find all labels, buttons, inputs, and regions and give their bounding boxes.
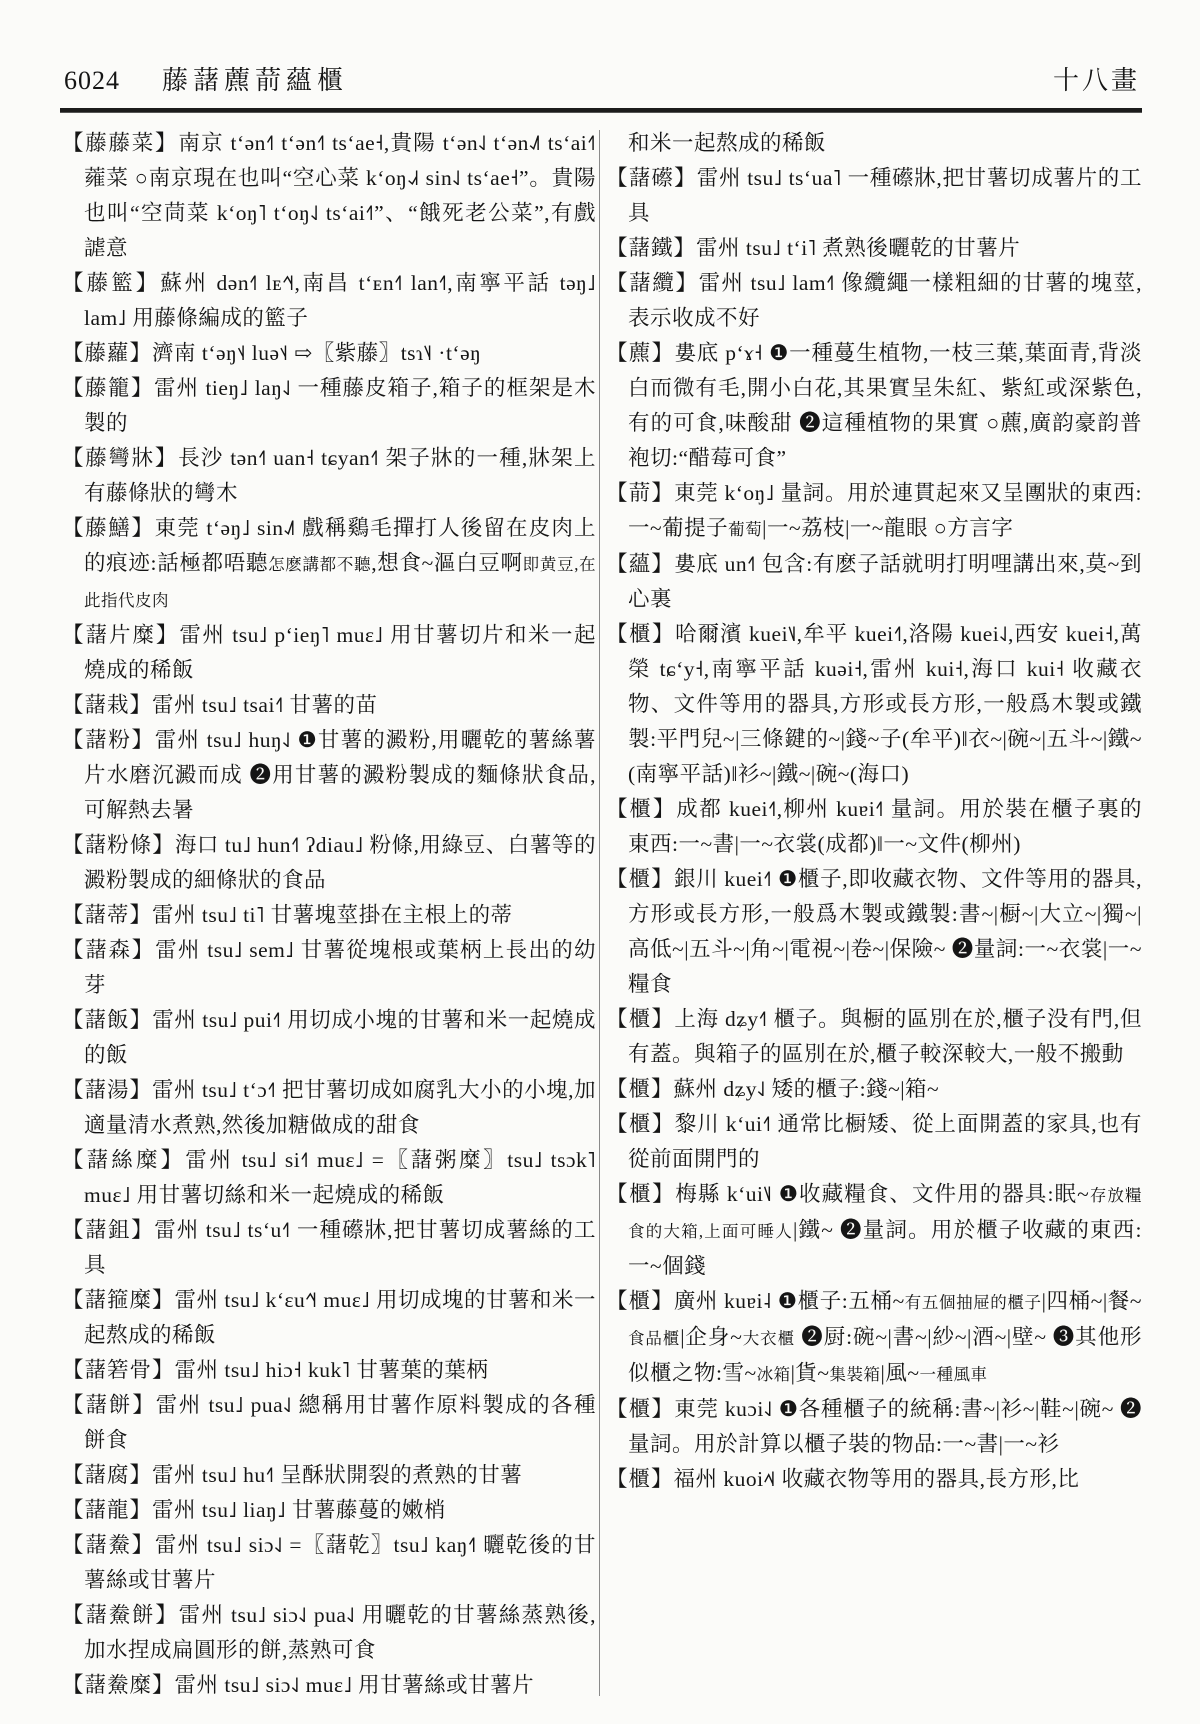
dict-entry: 【藷片糜】雷州 tsu˩ pʻieŋ˥ muɛ˩ 用甘薯切片和米一起燒成的稀飯 xyxy=(62,618,596,688)
entry-headword: 【藷箬骨】 xyxy=(62,1358,175,1382)
entry-text: 蘇州 dʑy˨˩ 矮的櫃子:錢~|箱~ xyxy=(674,1077,940,1101)
dict-entry: 和米一起熬成的稀飯 xyxy=(606,126,1142,161)
header-rule xyxy=(60,108,1142,113)
dict-entry: 【櫃】蘇州 dʑy˨˩ 矮的櫃子:錢~|箱~ xyxy=(606,1072,1142,1107)
entry-text: 雷州 tsu˩ liaŋ˩ 甘薯藤蔓的嫩梢 xyxy=(152,1498,446,1522)
entry-text: |風~ xyxy=(881,1361,920,1385)
entry-text: 雷州 tsu˩ ti˥ 甘薯塊莖掛在主根上的蒂 xyxy=(152,903,513,927)
dict-entry: 【藷栽】雷州 tsu˩ tsai˧˥ 甘薯的苗 xyxy=(62,688,596,723)
entry-headword: 【藷鮝餅】 xyxy=(62,1603,179,1627)
entry-text: 黎川 kʻui˧˥ 通常比橱矮、從上面開蓋的家具,也有從前面開門的 xyxy=(628,1112,1142,1171)
dict-entry: 【藷纜】雷州 tsu˩ lam˧˥ 像纜繩一樣粗細的甘薯的塊莖,表示收成不好 xyxy=(606,266,1142,336)
entry-headword: 【藷龍】 xyxy=(62,1498,152,1522)
entry-headword: 【藷絲糜】 xyxy=(62,1148,185,1172)
entry-headword: 【藷片糜】 xyxy=(62,623,179,647)
dict-entry: 【櫃】福州 kuoi˨˦˨ 收藏衣物等用的器具,長方形,比 xyxy=(606,1462,1142,1497)
entry-headword: 【櫃】 xyxy=(606,622,675,646)
left-column: 【藤藤菜】南京 tʻən˧˥ tʻən˧˥ tsʻae˧,貴陽 tʻən˨˩ t… xyxy=(62,126,596,1702)
dict-entry: 【櫃】梅縣 kʻui˥˩ ❶收藏糧食、文件用的器具:眠~存放糧食的大箱,上面可睡… xyxy=(606,1177,1142,1284)
entry-text: 東莞 kuɔi˨˩ ❶各種櫃子的統稱:書~|衫~|鞋~|碗~ ❷量詞。用於計算以… xyxy=(628,1397,1142,1456)
annotation-small-text: 集裝箱 xyxy=(830,1365,881,1384)
dict-entry: 【藷箬骨】雷州 tsu˩ hiɔ˧ kuk˥ 甘薯葉的葉柄 xyxy=(62,1353,596,1388)
entry-headword: 【藤籃】 xyxy=(62,271,160,295)
entry-headword: 【藷腐】 xyxy=(62,1463,152,1487)
entry-headword: 【藷栽】 xyxy=(62,693,152,717)
dict-entry: 【藷箍糜】雷州 tsu˩ kʻɛu˧˥˧ muɛ˩ 用切成塊的甘薯和米一起熬成的… xyxy=(62,1283,596,1353)
entry-headword: 【蘊】 xyxy=(606,552,674,576)
dict-entry: 【櫃】銀川 kuei˧˥ ❶櫃子,即收藏衣物、文件等用的器具,方形或長方形,一般… xyxy=(606,862,1142,1002)
dict-entry: 【櫃】廣州 kuɐi˨ ❶櫃子:五桶~有五個抽屉的櫃子|四桶~|餐~食品櫃|企身… xyxy=(606,1284,1142,1392)
entry-text: |企身~ xyxy=(680,1325,742,1349)
entry-headword: 【藤蘿】 xyxy=(62,341,152,365)
entry-headword: 【藤籠】 xyxy=(62,376,154,400)
entry-headword: 【藷鉏】 xyxy=(62,1218,154,1242)
entry-text: 雷州 tsu˩ tʻɔ˧˥ 把甘薯切成如腐乳大小的小塊,加適量清水煮熟,然後加糖… xyxy=(84,1078,596,1137)
entry-headword: 【櫃】 xyxy=(606,1007,674,1031)
entry-headword: 【櫃】 xyxy=(606,1077,674,1101)
dict-entry: 【藤蘿】濟南 tʻəŋ˦˨ luə˦˨ ⇨〖紫藤〗tsɿ˥˨ ·tʻəŋ xyxy=(62,336,596,371)
entry-headword: 【藷森】 xyxy=(62,938,155,962)
entry-text: 雷州 tsu˩ hiɔ˧ kuk˥ 甘薯葉的葉柄 xyxy=(175,1358,489,1382)
dict-entry: 【藷蒂】雷州 tsu˩ ti˥ 甘薯塊莖掛在主根上的蒂 xyxy=(62,898,596,933)
entry-text: 雷州 tsu˩ pua˨˩ 總稱用甘薯作原料製成的各種餅食 xyxy=(84,1393,596,1452)
header-guide-characters: 藤藷藨葥蘊櫃 xyxy=(162,60,348,97)
entry-headword: 【藷蒂】 xyxy=(62,903,152,927)
annotation-small-text: 葡萄 xyxy=(728,520,762,539)
entry-text: 雷州 tsu˩ tsai˧˥ 甘薯的苗 xyxy=(152,693,378,717)
dict-entry: 【藷絲糜】雷州 tsu˩ si˧˥ muɛ˩ =〖藷粥糜〗tsu˩ tsɔk˥ … xyxy=(62,1143,596,1213)
entry-text: ,想食~漚白豆啊 xyxy=(371,551,522,575)
dict-entry: 【藷粉條】海口 tu˩ hun˧˥ ʔdiau˩ 粉條,用綠豆、白薯等的澱粉製成… xyxy=(62,828,596,898)
entry-text: 雷州 tsu˩ siɔ˨˩ muɛ˩ 用甘薯絲或甘薯片 xyxy=(175,1673,535,1697)
entry-text: |四桶~|餐~ xyxy=(1042,1289,1142,1313)
entry-text: 雷州 tsu˩ tsʻua˥ 一種礤牀,把甘薯切成薯片的工具 xyxy=(628,166,1142,225)
entry-headword: 【藷鮝】 xyxy=(62,1533,155,1557)
entry-text: 和米一起熬成的稀飯 xyxy=(628,131,826,155)
dict-entry: 【藷鮝糜】雷州 tsu˩ siɔ˨˩ muɛ˩ 用甘薯絲或甘薯片 xyxy=(62,1668,596,1702)
entry-headword: 【藤鱔】 xyxy=(62,516,155,540)
entry-headword: 【葥】 xyxy=(606,481,674,505)
annotation-small-text: 一種風車 xyxy=(919,1365,987,1384)
entry-headword: 【藷鮝糜】 xyxy=(62,1673,175,1697)
dict-entry: 【櫃】東莞 kuɔi˨˩ ❶各種櫃子的統稱:書~|衫~|鞋~|碗~ ❷量詞。用於… xyxy=(606,1392,1142,1462)
dict-entry: 【藷鐵】雷州 tsu˩ tʻi˥ 煮熟後曬乾的甘薯片 xyxy=(606,231,1142,266)
dict-entry: 【櫃】哈爾濱 kuei˥˩,牟平 kuei˧˥,洛陽 kuei˨˩,西安 kue… xyxy=(606,617,1142,792)
annotation-small-text: 食品櫃 xyxy=(628,1329,680,1348)
dict-entry: 【藷鮝】雷州 tsu˩ siɔ˨˩ =〖藷乾〗tsu˩ kaŋ˧˥ 曬乾後的甘薯… xyxy=(62,1528,596,1598)
stroke-section-label: 十八畫 xyxy=(1053,60,1140,97)
entry-headword: 【櫃】 xyxy=(606,1112,675,1136)
entry-headword: 【藷湯】 xyxy=(62,1078,152,1102)
dict-entry: 【藷鮝餅】雷州 tsu˩ siɔ˨˩ pua˨˩ 用曬乾的甘薯絲蒸熟後,加水捏成… xyxy=(62,1598,596,1668)
entry-text: |一~荔枝|一~龍眼 ○方言字 xyxy=(762,516,1013,540)
entry-text: 雷州 tsu˩ lam˧˥ 像纜繩一樣粗細的甘薯的塊莖,表示收成不好 xyxy=(628,271,1142,330)
entry-text: 福州 kuoi˨˦˨ 收藏衣物等用的器具,長方形,比 xyxy=(674,1467,1080,1491)
dict-entry: 【葥】東莞 kʻoŋ˩ 量詞。用於連貫起來又呈團狀的東西:一~葡提子葡萄|一~荔… xyxy=(606,476,1142,547)
entry-text: 雷州 tsu˩ pui˧˥ 用切成小塊的甘薯和米一起燒成的飯 xyxy=(84,1008,596,1067)
dictionary-body: 【藤藤菜】南京 tʻən˧˥ tʻən˧˥ tsʻae˧,貴陽 tʻən˨˩ t… xyxy=(62,126,1142,1702)
entry-headword: 【藷粉】 xyxy=(62,728,155,752)
entry-headword: 【櫃】 xyxy=(606,1182,675,1206)
entry-headword: 【櫃】 xyxy=(606,1397,674,1421)
dict-entry: 【藤籠】雷州 tieŋ˩ laŋ˨˩ 一種藤皮箱子,箱子的框架是木製的 xyxy=(62,371,596,441)
entry-headword: 【藤藤菜】 xyxy=(62,131,178,155)
entry-headword: 【藷礤】 xyxy=(606,166,697,190)
dict-entry: 【藷鉏】雷州 tsu˩ tsʻu˧˥ 一種礤牀,把甘薯切成薯絲的工具 xyxy=(62,1213,596,1283)
entry-text: 雷州 tsu˩ huŋ˨˩ ❶甘薯的澱粉,用曬乾的薯絲薯片水磨沉澱而成 ❷用甘薯… xyxy=(84,728,596,822)
entry-text: 銀川 kuei˧˥ ❶櫃子,即收藏衣物、文件等用的器具,方形或長方形,一般爲木製… xyxy=(628,867,1142,996)
entry-text: 雷州 tsu˩ sem˩ 甘薯從塊根或葉柄上長出的幼芽 xyxy=(84,938,596,997)
entry-text: 雷州 tieŋ˩ laŋ˨˩ 一種藤皮箱子,箱子的框架是木製的 xyxy=(84,376,596,435)
annotation-small-text: 怎麽講都不聽 xyxy=(268,555,371,574)
column-divider xyxy=(599,130,600,1696)
dict-entry: 【櫃】上海 dʑy˧˥ 櫃子。與橱的區別在於,櫃子没有門,但有蓋。與箱子的區別在… xyxy=(606,1002,1142,1072)
annotation-small-text: 冰箱 xyxy=(757,1365,791,1384)
annotation-small-text: 大衣櫃 xyxy=(742,1329,795,1348)
entry-headword: 【藷飯】 xyxy=(62,1008,152,1032)
dict-entry: 【藷餅】雷州 tsu˩ pua˨˩ 總稱用甘薯作原料製成的各種餅食 xyxy=(62,1388,596,1458)
dict-entry: 【藷礤】雷州 tsu˩ tsʻua˥ 一種礤牀,把甘薯切成薯片的工具 xyxy=(606,161,1142,231)
entry-text: 哈爾濱 kuei˥˩,牟平 kuei˧˥,洛陽 kuei˨˩,西安 kuei˧,… xyxy=(628,622,1142,786)
entry-text: 雷州 tsu˩ siɔ˨˩ =〖藷乾〗tsu˩ kaŋ˧˥ 曬乾後的甘薯絲或甘薯… xyxy=(84,1533,596,1592)
entry-text: 雷州 tsu˩ hu˧˥ 呈酥狀開裂的煮熟的甘薯 xyxy=(152,1463,522,1487)
entry-text: 濟南 tʻəŋ˦˨ luə˦˨ ⇨〖紫藤〗tsɿ˥˨ ·tʻəŋ xyxy=(152,341,481,365)
entry-headword: 【藤彎牀】 xyxy=(62,446,178,470)
dict-entry: 【蘊】婁底 un˧˥ 包含:有麽子話就明打明哩講出來,莫~到心裏 xyxy=(606,547,1142,617)
entry-headword: 【藷纜】 xyxy=(606,271,699,295)
entry-headword: 【櫃】 xyxy=(606,1289,674,1313)
entry-headword: 【藷粉條】 xyxy=(62,833,175,857)
entry-headword: 【櫃】 xyxy=(606,797,676,821)
dict-entry: 【藷湯】雷州 tsu˩ tʻɔ˧˥ 把甘薯切成如腐乳大小的小塊,加適量清水煮熟,… xyxy=(62,1073,596,1143)
dict-entry: 【藷飯】雷州 tsu˩ pui˧˥ 用切成小塊的甘薯和米一起燒成的飯 xyxy=(62,1003,596,1073)
dict-entry: 【藤彎牀】長沙 tən˧˥ uan˧ tɕyan˧˥ 架子牀的一種,牀架上有藤條… xyxy=(62,441,596,511)
dict-entry: 【藤籃】蘇州 dən˧˥ lᴇ˧˥˧,南昌 tʻᴇn˧˥ lan˧˥,南寧平話 … xyxy=(62,266,596,336)
dict-entry: 【櫃】成都 kuei˧˥,柳州 kuɐi˧˥ 量詞。用於裝在櫃子裏的東西:一~書… xyxy=(606,792,1142,862)
entry-text: 梅縣 kʻui˥˩ ❶收藏糧食、文件用的器具:眠~ xyxy=(675,1182,1089,1206)
dict-entry: 【藷森】雷州 tsu˩ sem˩ 甘薯從塊根或葉柄上長出的幼芽 xyxy=(62,933,596,1003)
dict-entry: 【藤鱔】東莞 tʻəŋ˩ sin˨˩˥ 戲稱鷄毛撣打人後留在皮肉上的痕迹:話極都… xyxy=(62,511,596,618)
entry-headword: 【櫃】 xyxy=(606,867,674,891)
entry-text: 婁底 pʻɤ˧ ❶一種蔓生植物,一枝三葉,葉面青,背淡白而微有毛,開小白花,其果… xyxy=(628,341,1142,470)
entry-headword: 【櫃】 xyxy=(606,1467,674,1491)
entry-text: 廣州 kuɐi˨ ❶櫃子:五桶~ xyxy=(674,1289,905,1313)
right-column: 和米一起熬成的稀飯【藷礤】雷州 tsu˩ tsʻua˥ 一種礤牀,把甘薯切成薯片… xyxy=(606,126,1142,1702)
entry-headword: 【藷餅】 xyxy=(62,1393,156,1417)
annotation-small-text: 有五個抽屉的櫃子 xyxy=(905,1293,1042,1312)
entry-text: 蘇州 dən˧˥ lᴇ˧˥˧,南昌 tʻᴇn˧˥ lan˧˥,南寧平話 təŋ˩… xyxy=(84,271,596,330)
dict-entry: 【藷腐】雷州 tsu˩ hu˧˥ 呈酥狀開裂的煮熟的甘薯 xyxy=(62,1458,596,1493)
entry-text: |貨~ xyxy=(791,1361,830,1385)
page-header: 6024 藤藷藨葥蘊櫃 十八畫 xyxy=(64,60,1140,100)
entry-headword: 【藨】 xyxy=(606,341,674,365)
entry-headword: 【藷鐵】 xyxy=(606,236,696,260)
entry-text: 婁底 un˧˥ 包含:有麽子話就明打明哩講出來,莫~到心裏 xyxy=(628,552,1142,611)
dict-entry: 【藷粉】雷州 tsu˩ huŋ˨˩ ❶甘薯的澱粉,用曬乾的薯絲薯片水磨沉澱而成 … xyxy=(62,723,596,828)
dict-entry: 【藷龍】雷州 tsu˩ liaŋ˩ 甘薯藤蔓的嫩梢 xyxy=(62,1493,596,1528)
entry-text: 雷州 tsu˩ tsʻu˧˥ 一種礤牀,把甘薯切成薯絲的工具 xyxy=(84,1218,596,1277)
dict-entry: 【藨】婁底 pʻɤ˧ ❶一種蔓生植物,一枝三葉,葉面青,背淡白而微有毛,開小白花… xyxy=(606,336,1142,476)
page-number: 6024 xyxy=(64,66,120,96)
entry-headword: 【藷箍糜】 xyxy=(62,1288,175,1312)
entry-text: 成都 kuei˧˥,柳州 kuɐi˧˥ 量詞。用於裝在櫃子裏的東西:一~書|一~… xyxy=(628,797,1142,856)
dict-entry: 【櫃】黎川 kʻui˧˥ 通常比橱矮、從上面開蓋的家具,也有從前面開門的 xyxy=(606,1107,1142,1177)
entry-text: 雷州 tsu˩ tʻi˥ 煮熟後曬乾的甘薯片 xyxy=(696,236,1020,260)
dict-entry: 【藤藤菜】南京 tʻən˧˥ tʻən˧˥ tsʻae˧,貴陽 tʻən˨˩ t… xyxy=(62,126,596,266)
entry-text: 上海 dʑy˧˥ 櫃子。與橱的區別在於,櫃子没有門,但有蓋。與箱子的區別在於,櫃… xyxy=(628,1007,1142,1066)
